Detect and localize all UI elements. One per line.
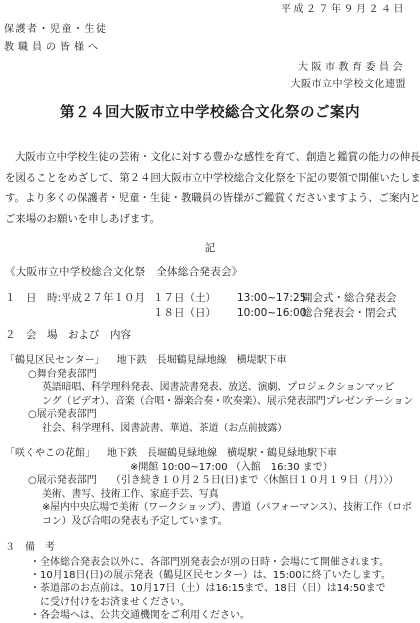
venues-section-label: ２ 会 場 および 内容 (5, 329, 420, 342)
department-line: 社会、科学理科、図書読書、華道、茶道（お点前披露） (42, 422, 420, 436)
department-line: 英語暗唱、科学理科発表、図書読書発表、放送、演劇、プロジェクションマッピ (42, 381, 420, 395)
intro-paragraph: 大阪市立中学校生徒の芸術・文化に対する豊かな感性を育て、創造と鑑賞の能力の伸長 … (5, 147, 420, 229)
addressee-line: 教職員の皆様へ (4, 39, 420, 57)
department-heading: ○舞台発表部門 (28, 368, 420, 382)
intro-line: 大阪市立中学校生徒の芸術・文化に対する豊かな感性を育て、創造と鑑賞の能力の伸長 (5, 147, 420, 168)
department-line: コン）及び合唱の発表も予定しています。 (42, 515, 420, 529)
addressee-block: 保護者・児童・生徒 教職員の皆様へ (4, 21, 420, 57)
intro-line: ご来場のお願いを申しあげます。 (5, 209, 420, 230)
venue-hours: ※開館 10:00~17:00 （入館 16:30 まで） (130, 461, 420, 475)
remark-line: ・茶道部のお点前は、10月17日（土）は16:15まで、18日（日）は14:50… (30, 582, 420, 595)
schedule-time: 13:00~17:25 (237, 291, 302, 306)
schedule-event: 開会式・総合発表会 (302, 291, 397, 306)
venue-block-sakuya: 「咲くやこの花館」地下鉄 長堀鶴見緑地線 横堤駅・鶴見緑地駅下車 ※開館 10:… (0, 447, 420, 528)
department-heading: ○展示発表部門 (28, 475, 97, 486)
remark-line: に受け付けをお済ませください。 (40, 596, 420, 609)
addressee-line: 保護者・児童・生徒 (4, 21, 420, 39)
document-date: 平成２７年９月２４日 (0, 0, 420, 16)
intro-line: を図ることをめざして、第２４回大阪市立中学校総合文化祭を下記の要領で開催いたしま (5, 168, 420, 189)
remark-line: ・全体総合発表会以外に、各部門別発表会が別の日時・会場にて開催されます。 (30, 556, 420, 569)
schedule-day: １７日（土） (153, 291, 237, 306)
sender-block: 大阪市教育委員会 大阪市立中学校文化連盟 (0, 59, 406, 93)
venue-name: 「鶴見区民センター」 (5, 355, 105, 366)
schedule-row: １ 日 時:平成２７年１０月 １７日（土） 13:00~17:25 開会式・総合… (5, 291, 420, 306)
remarks-section: ３ 備 考 ・全体総合発表会以外に、各部門別発表会が別の日時・会場にて開催されま… (0, 541, 420, 622)
schedule-label: １ 日 時:平成２７年１０月 (5, 291, 153, 306)
schedule-row: １８日（日） 10:00~16:00 総合発表会・閉会式 (5, 306, 420, 321)
venue-name: 「咲くやこの花館」 (5, 448, 95, 459)
sender-line: 大阪市立中学校文化連盟 (0, 76, 406, 93)
document-page: 平成２７年９月２４日 保護者・児童・生徒 教職員の皆様へ 大阪市教育委員会 大阪… (0, 0, 420, 623)
schedule-event: 総合発表会・閉会式 (302, 306, 397, 321)
department-line: 美術、書写、技術工作、家庭手芸、写真 (42, 488, 420, 502)
schedule-section: １ 日 時:平成２７年１０月 １７日（土） 13:00~17:25 開会式・総合… (5, 291, 420, 321)
venue-block-tsurumi: 「鶴見区民センター」地下鉄 長堀鶴見緑地線 横堤駅下車 ○舞台発表部門 英語暗唱… (0, 354, 420, 435)
department-note: （引き続き１０月２５日(日)まで〈休館日１０月１９日（月）〉） (111, 475, 399, 486)
schedule-time: 10:00~16:00 (237, 306, 302, 321)
schedule-day: １８日（日） (153, 306, 237, 321)
remark-line: ・各会場へは、公共交通機関をご利用ください。 (30, 609, 420, 622)
sender-line: 大阪市教育委員会 (0, 59, 406, 76)
document-title: 第２４回大阪市立中学校総合文化祭のご案内 (0, 103, 420, 123)
department-heading: ○展示発表部門 (28, 408, 420, 422)
record-marker: 記 (0, 241, 420, 255)
department-line: ※屋内中央広場で美術（ワークショップ）、書道（パフォーマンス）、技術工作（ロボ (42, 501, 420, 515)
venue-access: 地下鉄 長堀鶴見緑地線 横堤駅・鶴見緑地駅下車 (107, 448, 337, 459)
remark-line: ・10月18日(日)の展示発表（鶴見区民センター）は、15:00に終了いたします… (30, 569, 420, 582)
department-line: ング（ビデオ）、音楽（合唱・器楽合奏・吹奏楽）、展示発表部門プレゼンテーション (42, 395, 420, 409)
remarks-section-label: ３ 備 考 (5, 541, 420, 555)
venue-access: 地下鉄 長堀鶴見緑地線 横堤駅下車 (117, 355, 287, 366)
intro-line: す。より多くの保護者・児童・生徒・教職員の皆様がご鑑賞くださいますよう、ご案内と (5, 188, 420, 209)
schedule-label-spacer (5, 306, 153, 321)
event-subtitle: 《大阪市立中学校総合文化祭 全体総合発表会》 (5, 265, 420, 279)
